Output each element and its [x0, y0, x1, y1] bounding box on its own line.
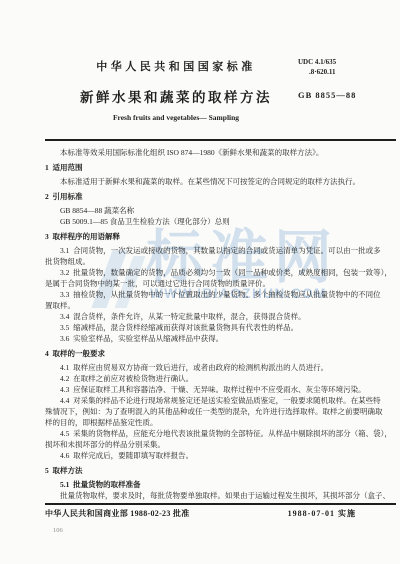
page-number: 106 [53, 527, 63, 534]
body-line: 4 取样的一般要求 [45, 348, 397, 359]
body-line: 批量货物取样，要求及时，每批货物要单独取样。如果由于运输过程发生损坏，其损坏部分… [45, 490, 397, 501]
udc-line-1: UDC 4.1/635 [298, 58, 336, 68]
body-line: 4.6 取样完成后，要随即填写取样报告。 [45, 450, 397, 461]
body-line: 本标准适用于新鲜水果和蔬菜的取样。在某些情况下可按签定的合同规定的取样方法执行。 [45, 176, 397, 187]
body-line: 是属于合同货物中的某一批，可以通过它进行合同货物的质量评价。 [45, 278, 397, 289]
body-line: 置取样。 [45, 300, 397, 311]
document-page: 中华人民共和国国家标准 UDC 4.1/635 .8·620.11 新鲜水果和蔬… [0, 0, 400, 564]
body-line: 4.2 在取样之前应对被检货物进行确认。 [45, 373, 397, 384]
body-line: 3 取样程序的用语解释 [45, 231, 397, 242]
udc-line-2: .8·620.11 [298, 68, 336, 78]
standard-org-title: 中华人民共和国国家标准 [45, 58, 307, 74]
body-line: 3.3 抽检货物，从批量货物中的一个位置取出的少量货物。多个抽检货物应从批量货物… [45, 289, 397, 300]
body-line: 3.1 合同货物，一次发运或接收的货物，其数量以指定的合同或货运清单为凭证。可以… [45, 245, 397, 256]
body-line: 样的目的，即根据样品鉴定性质。 [45, 417, 397, 428]
body-line: 损坏和未损坏部分的样品分别采集。 [45, 439, 397, 450]
body-line: 3.4 混合货样，条件允许，从某一特定批量中取样，混合，获得混合货样。 [45, 311, 397, 322]
body-line: 5 取样方法 [45, 465, 397, 476]
body-line: 5.1 批量货物的取样准备 [45, 479, 397, 490]
body-line: 4.4 对采集的样品不论进行现场常规鉴定还是送实验室做品质鉴定，一般要求随机取样… [45, 395, 397, 406]
standard-number: GB 8855—88 [298, 90, 356, 100]
document-title-english: Fresh fruits and vegetables— Sampling [45, 113, 307, 122]
body-line: 批货物组成。 [45, 256, 397, 267]
body-line: 3.2 批量货物，数量确定的货物，品质必须均匀一致（同一品种或价类，成熟度相同，… [45, 267, 397, 278]
body-line: 本标准等效采用国际标准化组织 ISO 874—1980《新鲜水果和蔬菜的取样方法… [45, 147, 397, 158]
header-divider-rule [45, 139, 396, 141]
implementation-date: 1988-07-01 实施 [288, 508, 356, 519]
body-line: GB 8854—88 蔬菜名称 [45, 205, 397, 216]
document-body: 本标准等效采用国际标准化组织 ISO 874—1980《新鲜水果和蔬菜的取样方法… [45, 147, 397, 501]
body-line: 1 适用范围 [45, 162, 397, 173]
body-line: 2 引用标准 [45, 191, 397, 202]
footer-divider-rule [45, 503, 396, 505]
document-title: 新鲜水果和蔬菜的取样方法 [45, 86, 307, 106]
body-line: 3.5 缩减样品，混合货样经缩减而获得对该批量货物具有代表性的样品。 [45, 322, 397, 333]
body-line: 4.3 应保证取样工具和容器洁净、干燥、无异味。取样过程中不应受雨水、灰尘等环境… [45, 384, 397, 395]
body-line: 4.1 取样应由贸易双方协商一致后进行，或者由政府的检测机构派出的人员进行。 [45, 362, 397, 373]
body-line: 3.6 实验室样品，实验室样品从缩减样品中获得。 [45, 333, 397, 344]
body-line: 殊情况下，例如：为了查明混入的其他品种或任一类型的混杂，允许进行选择取样。取样之… [45, 406, 397, 417]
body-line: 4.5 采集的货物样品，应能充分地代表该批量货物的全部特征。从样品中剔除损坏的部… [45, 428, 397, 439]
approval-authority-line: 中华人民共和国商业部 1988-02-23 批准 [45, 508, 190, 519]
body-line: GB 5009.1—85 食品卫生检验方法（理化部分）总则 [45, 216, 397, 227]
udc-classification: UDC 4.1/635 .8·620.11 [298, 58, 336, 77]
